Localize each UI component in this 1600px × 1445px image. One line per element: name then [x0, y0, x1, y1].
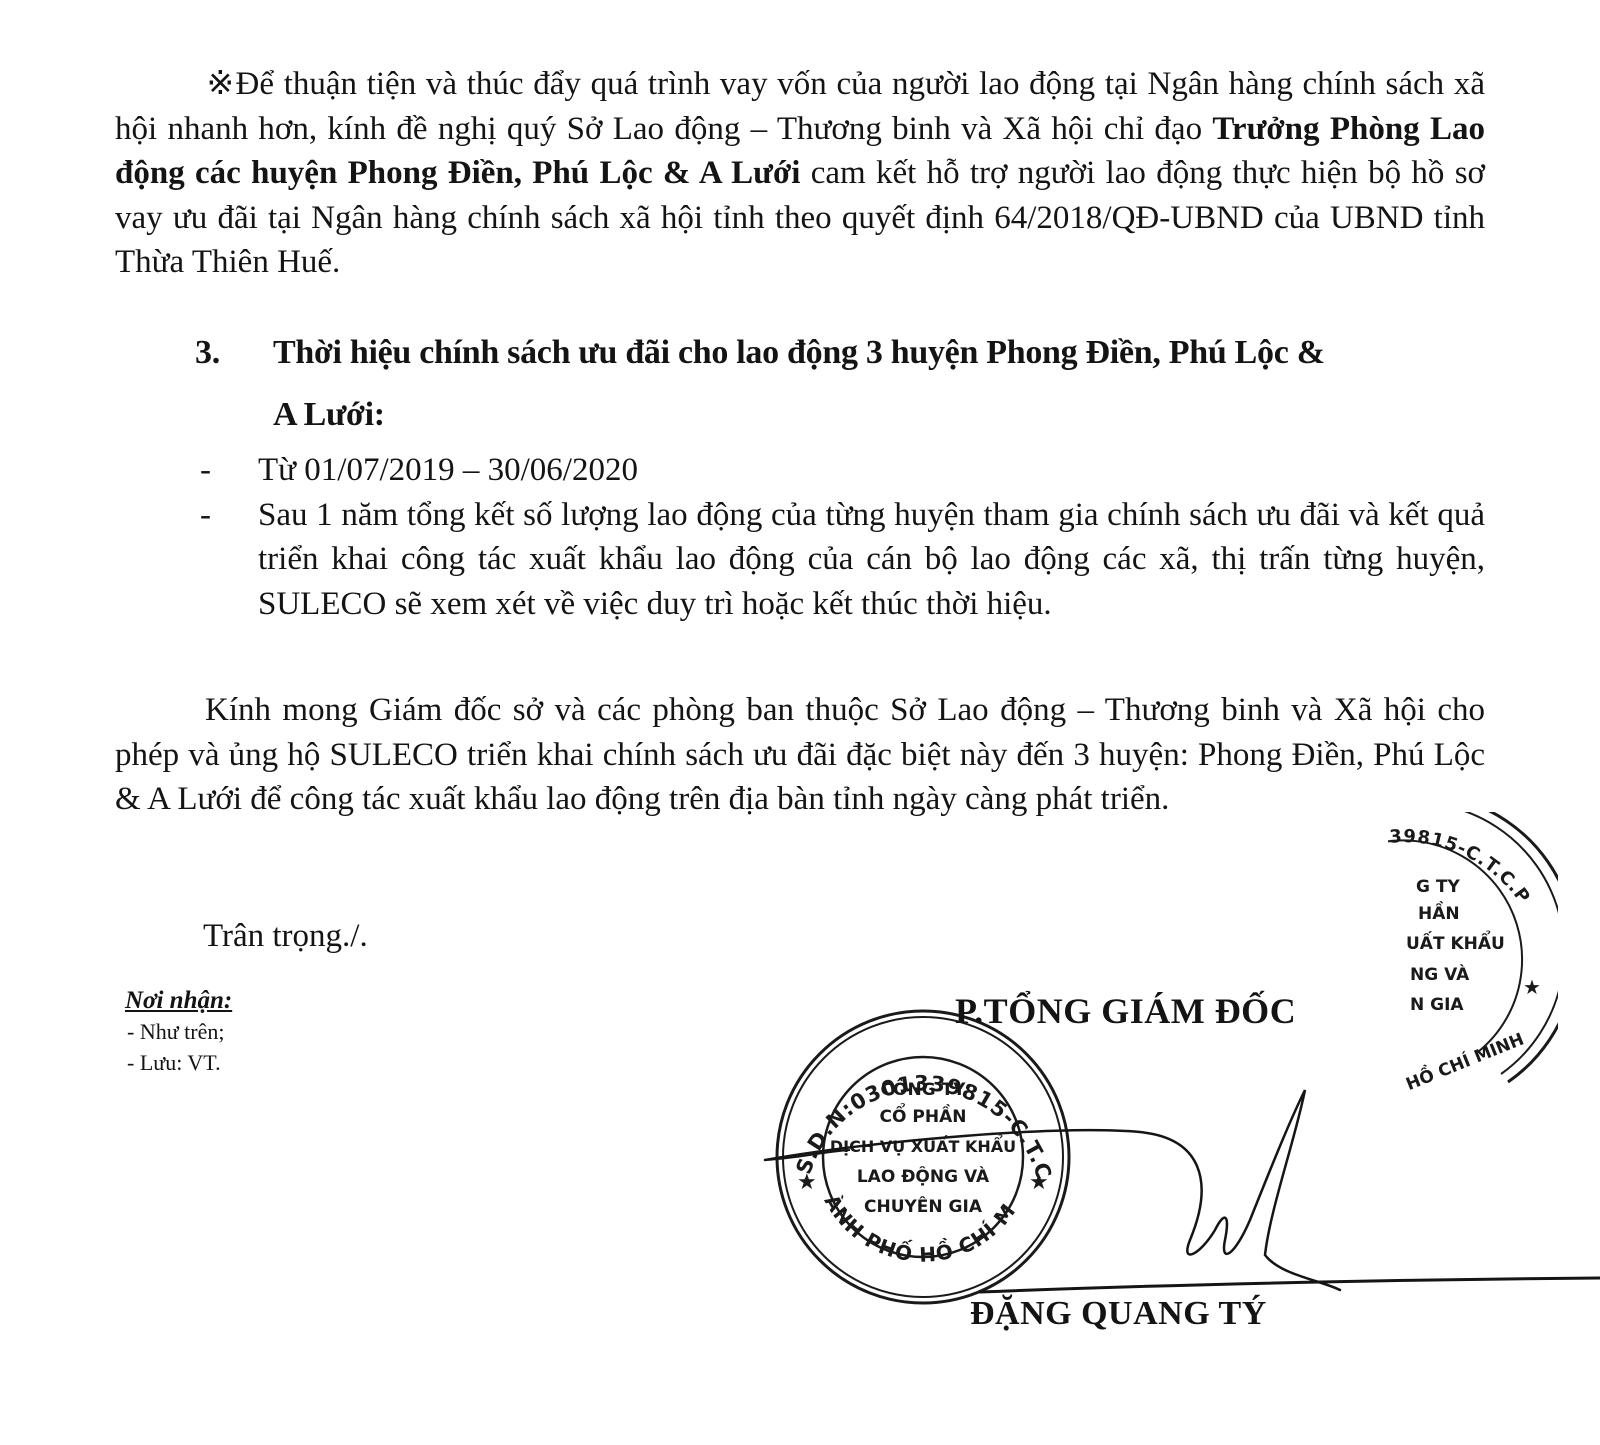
bullet-item: - Từ 01/07/2019 – 30/06/2020: [200, 448, 1485, 493]
signatory-name: ĐẶNG QUANG TÝ: [970, 1295, 1267, 1333]
section-number: 3.: [195, 322, 273, 384]
recipient-item: - Như trên;: [125, 1016, 232, 1047]
recipient-item: - Lưu: VT.: [125, 1047, 232, 1078]
paragraph-request: Kính mong Giám đốc sở và các phòng ban t…: [115, 688, 1485, 822]
document-page: ※Để thuận tiện và thúc đẩy quá trình vay…: [0, 0, 1600, 1445]
svg-text:G TY: G TY: [1416, 877, 1460, 897]
section-3-bullets: - Từ 01/07/2019 – 30/06/2020 - Sau 1 năm…: [200, 448, 1485, 626]
reference-mark: ※: [205, 66, 236, 102]
svg-text:HẦN: HẦN: [1418, 900, 1460, 924]
svg-text:N GIA: N GIA: [1410, 995, 1464, 1015]
signatory-title: P.TỔNG GIÁM ĐỐC: [955, 990, 1296, 1032]
bullet-item: - Sau 1 năm tổng kết số lượng lao động c…: [200, 493, 1485, 627]
paragraph-loan-support: ※Để thuận tiện và thúc đẩy quá trình vay…: [115, 62, 1485, 285]
closing-salutation: Trân trọng./.: [203, 918, 368, 955]
svg-text:★: ★: [1523, 975, 1541, 999]
section-3-heading: 3.Thời hiệu chính sách ưu đãi cho lao độ…: [195, 322, 1495, 446]
recipients-block: Nơi nhận: - Như trên; - Lưu: VT.: [125, 985, 232, 1078]
company-seal-partial: 39815-C.T.C.P G TY HẦN UẤT KHẨU NG VÀ N …: [1388, 812, 1558, 1102]
svg-text:UẤT KHẨU: UẤT KHẨU: [1406, 929, 1505, 954]
recipients-label: Nơi nhận:: [125, 985, 232, 1016]
svg-text:NG VÀ: NG VÀ: [1410, 963, 1470, 985]
handwritten-signature: [760, 1080, 1600, 1300]
